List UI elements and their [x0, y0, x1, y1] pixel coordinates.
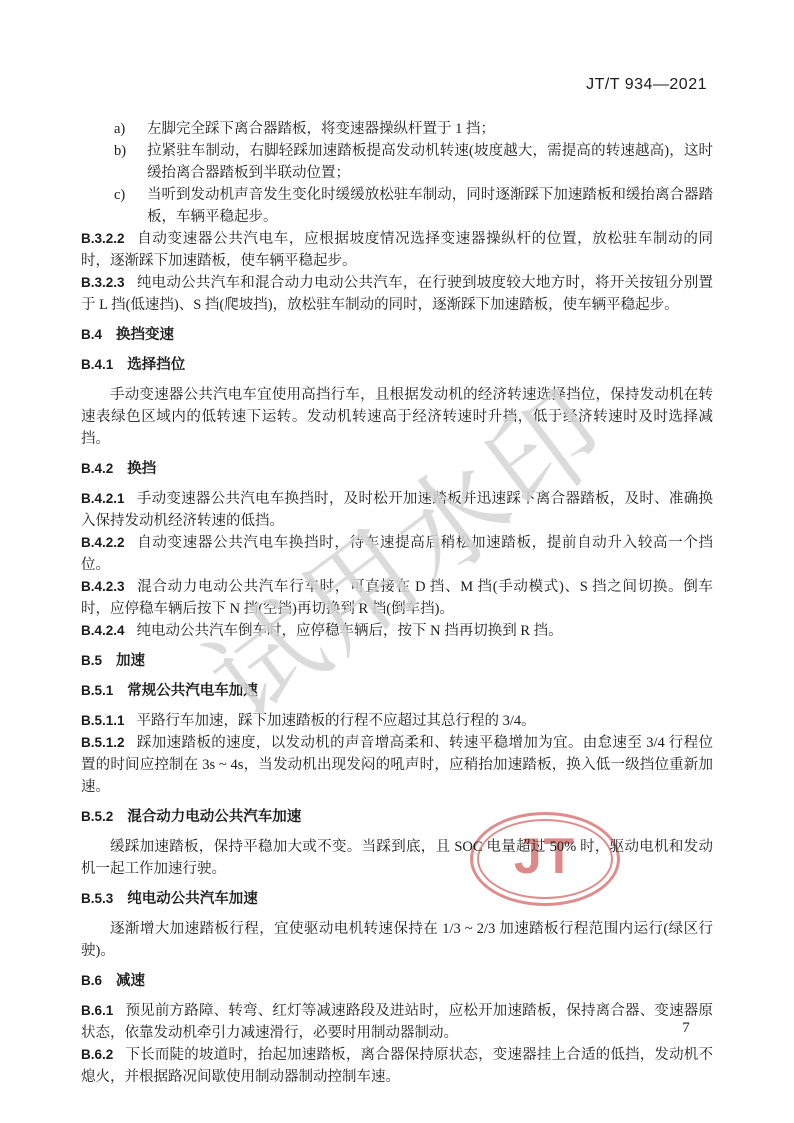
heading-b52: B.5.2混合动力电动公共汽车加速	[81, 806, 713, 828]
clause-b322: B.3.2.2自动变速器公共汽电车，应根据坡度情况选择变速器操纵杆的位置，放松驻…	[81, 228, 713, 272]
heading-b5: B.5加速	[81, 650, 713, 672]
heading-b53: B.5.3纯电动公共汽车加速	[81, 888, 713, 910]
list-item-b-label: b)	[114, 140, 147, 184]
heading-b51: B.5.1常规公共汽电车加速	[81, 680, 713, 702]
clause-b62-number: B.6.2	[81, 1047, 113, 1062]
heading-b51-number: B.5.1	[81, 683, 113, 698]
clause-b424-number: B.4.2.4	[81, 623, 125, 638]
heading-b42: B.4.2换挡	[81, 458, 713, 480]
clause-b322-text: 自动变速器公共汽电车，应根据坡度情况选择变速器操纵杆的位置，放松驻车制动的同时，…	[81, 231, 713, 269]
list-item-a: a) 左脚完全踩下离合器踏板，将变速器操纵杆置于 1 挡；	[81, 118, 713, 140]
heading-b53-title: 纯电动公共汽车加速	[127, 891, 258, 907]
list-item-a-text: 左脚完全踩下离合器踏板，将变速器操纵杆置于 1 挡；	[147, 118, 713, 140]
clause-b511-text: 平路行车加速，踩下加速踏板的行程不应超过其总行程的 3/4。	[137, 713, 536, 729]
heading-b42-title: 换挡	[127, 461, 156, 477]
heading-b41-title: 选择挡位	[127, 357, 185, 373]
standard-number-header: JT/T 934—2021	[81, 76, 707, 93]
heading-b4: B.4换挡变速	[81, 324, 713, 346]
heading-b4-number: B.4	[81, 327, 102, 342]
page-number: 7	[676, 1018, 696, 1038]
clause-b322-number: B.3.2.2	[81, 231, 125, 246]
heading-b6-number: B.6	[81, 973, 102, 988]
heading-b6-title: 减速	[116, 973, 145, 989]
clause-b423-number: B.4.2.3	[81, 579, 125, 594]
clause-b512-text: 踩加速踏板的速度，以发动机的声音增高柔和、转速平稳增加为宜。由怠速至 3/4 行…	[81, 735, 713, 795]
list-item-c: c) 当听到发动机声音发生变化时缓缓放松驻车制动，同时逐渐踩下加速踏板和缓抬离合…	[81, 184, 713, 228]
clause-b423: B.4.2.3混合动力电动公共汽车行车时，可直接在 D 挡、M 挡(手动模式)、…	[81, 576, 713, 620]
heading-b52-number: B.5.2	[81, 809, 113, 824]
clause-b61-text: 预见前方路障、转弯、红灯等减速路段及进站时，应松开加速踏板，保持离合器、变速器原…	[81, 1003, 713, 1041]
heading-b51-title: 常规公共汽电车加速	[127, 683, 258, 699]
clause-b62: B.6.2下长而陡的坡道时，抬起加速踏板，离合器保持原状态，变速器挂上合适的低挡…	[81, 1044, 713, 1088]
clause-b512: B.5.1.2踩加速踏板的速度，以发动机的声音增高柔和、转速平稳增加为宜。由怠速…	[81, 732, 713, 798]
clause-b323-text: 纯电动公共汽车和混合动力电动公共汽车，在行驶到坡度较大地方时，将开关按钮分别置于…	[81, 275, 713, 313]
heading-b5-title: 加速	[116, 653, 145, 669]
list-item-c-text: 当听到发动机声音发生变化时缓缓放松驻车制动，同时逐渐踩下加速踏板和缓抬离合器踏板…	[147, 184, 713, 228]
heading-b42-number: B.4.2	[81, 461, 113, 476]
clause-b421-number: B.4.2.1	[81, 491, 125, 506]
clause-b422-text: 自动变速器公共汽电车换挡时，待车速提高后稍松加速踏板，提前自动升入较高一个挡位。	[81, 535, 713, 573]
document-page: JT JT/T 934—2021 a) 左脚完全踩下离合器踏板，将变速器操纵杆置…	[0, 0, 794, 1123]
clause-b424-text: 纯电动公共汽车倒车时，应停稳车辆后，按下 N 挡再切换到 R 挡。	[137, 623, 563, 639]
clause-b424: B.4.2.4纯电动公共汽车倒车时，应停稳车辆后，按下 N 挡再切换到 R 挡。	[81, 620, 713, 642]
clause-b61-number: B.6.1	[81, 1003, 113, 1018]
clause-b512-number: B.5.1.2	[81, 735, 125, 750]
heading-b41: B.4.1选择挡位	[81, 354, 713, 376]
clause-b323: B.3.2.3纯电动公共汽车和混合动力电动公共汽车，在行驶到坡度较大地方时，将开…	[81, 272, 713, 316]
clause-b422: B.4.2.2自动变速器公共汽电车换挡时，待车速提高后稍松加速踏板，提前自动升入…	[81, 532, 713, 576]
heading-b53-number: B.5.3	[81, 891, 113, 906]
clause-b422-number: B.4.2.2	[81, 535, 125, 550]
paragraph-b41: 手动变速器公共汽电车宜使用高挡行车，且根据发动机的经济转速选择挡位，保持发动机在…	[81, 384, 713, 450]
paragraph-b53: 逐渐增大加速踏板行程，宜使驱动电机转速保持在 1/3 ~ 2/3 加速踏板行程范…	[81, 918, 713, 962]
clause-b423-text: 混合动力电动公共汽车行车时，可直接在 D 挡、M 挡(手动模式)、S 挡之间切换…	[81, 579, 713, 617]
clause-b421: B.4.2.1手动变速器公共汽电车换挡时，及时松开加速踏板并迅速踩下离合器踏板，…	[81, 488, 713, 532]
list-item-a-label: a)	[114, 118, 147, 140]
heading-b5-number: B.5	[81, 653, 102, 668]
heading-b6: B.6减速	[81, 970, 713, 992]
clause-b421-text: 手动变速器公共汽电车换挡时，及时松开加速踏板并迅速踩下离合器踏板，及时、准确换入…	[81, 491, 713, 529]
clause-b61: B.6.1预见前方路障、转弯、红灯等减速路段及进站时，应松开加速踏板，保持离合器…	[81, 1000, 713, 1044]
list-item-b-text: 拉紧驻车制动，右脚轻踩加速踏板提高发动机转速(坡度越大，需提高的转速越高)，这时…	[147, 140, 713, 184]
clause-b511: B.5.1.1平路行车加速，踩下加速踏板的行程不应超过其总行程的 3/4。	[81, 710, 713, 732]
clause-b323-number: B.3.2.3	[81, 275, 125, 290]
list-item-b: b) 拉紧驻车制动，右脚轻踩加速踏板提高发动机转速(坡度越大，需提高的转速越高)…	[81, 140, 713, 184]
page-content: JT/T 934—2021 a) 左脚完全踩下离合器踏板，将变速器操纵杆置于 1…	[81, 76, 713, 1088]
heading-b52-title: 混合动力电动公共汽车加速	[127, 809, 301, 825]
paragraph-b52: 缓踩加速踏板，保持平稳加大或不变。当踩到底，且 SOC 电量超过 50% 时，驱…	[81, 836, 713, 880]
heading-b41-number: B.4.1	[81, 357, 113, 372]
clause-b511-number: B.5.1.1	[81, 713, 125, 728]
heading-b4-title: 换挡变速	[116, 327, 174, 343]
clause-b62-text: 下长而陡的坡道时，抬起加速踏板，离合器保持原状态，变速器挂上合适的低挡，发动机不…	[81, 1047, 713, 1085]
list-item-c-label: c)	[114, 184, 147, 228]
